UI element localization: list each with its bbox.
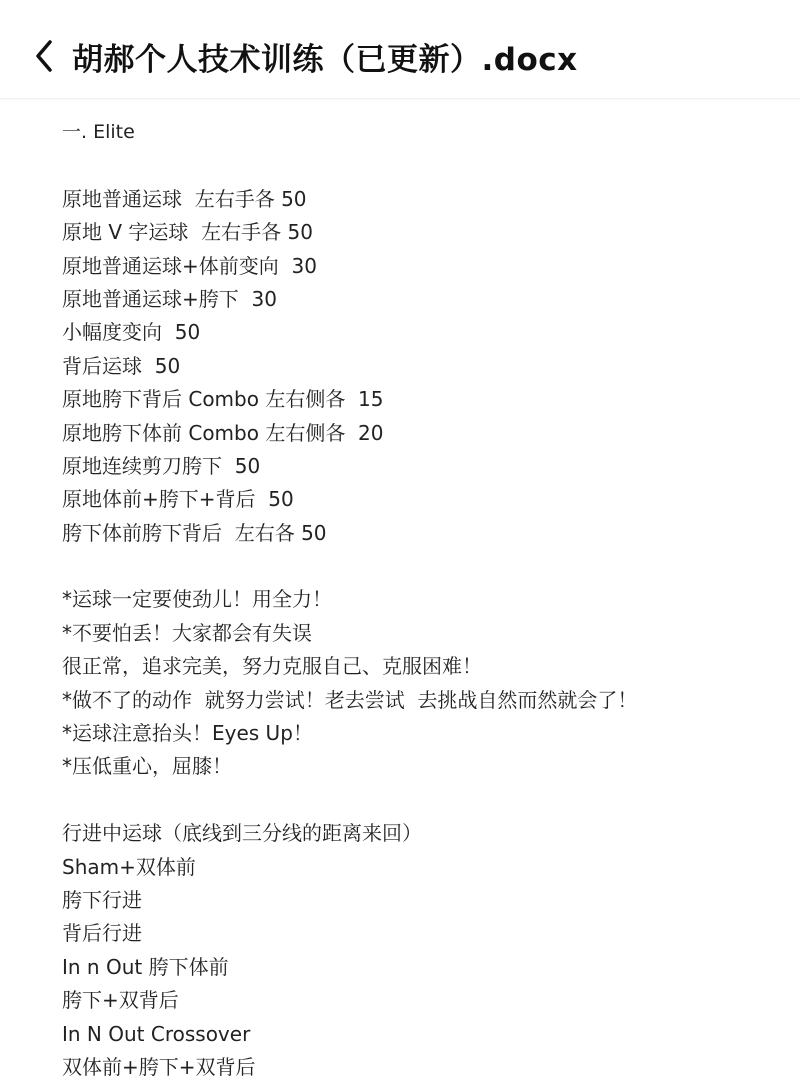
- document-title: 胡郝个人技术训练（已更新）.docx: [72, 34, 578, 79]
- drill-item: 原地体前+胯下+背后 50: [62, 483, 782, 516]
- blank-line: [62, 784, 782, 817]
- moving-drill-item: 背后行进: [62, 917, 782, 950]
- note-item: *运球注意抬头！Eyes Up！: [62, 717, 782, 750]
- moving-drill-item: In N Out Crossover: [62, 1018, 782, 1051]
- chevron-left-icon: [30, 38, 60, 74]
- blank-line: [62, 149, 782, 182]
- drill-item: 原地 V 字运球 左右手各 50: [62, 216, 782, 249]
- drill-item: 胯下体前胯下背后 左右各 50: [62, 517, 782, 550]
- note-item: *不要怕丢！大家都会有失误: [62, 617, 782, 650]
- drill-item: 原地普通运球+体前变向 30: [62, 250, 782, 283]
- note-item: 很正常，追求完美，努力克服自己、克服困难！: [62, 650, 782, 683]
- notes-list: *运球一定要使劲儿！用全力！ *不要怕丢！大家都会有失误 很正常，追求完美，努力…: [62, 583, 782, 783]
- drill-item: 背后运球 50: [62, 350, 782, 383]
- drill-item: 原地胯下体前 Combo 左右侧各 20: [62, 417, 782, 450]
- drill-item: 原地普通运球+胯下 30: [62, 283, 782, 316]
- moving-drill-item: 胯下行进: [62, 884, 782, 917]
- moving-drill-item: 胯下+双背后: [62, 984, 782, 1017]
- moving-section-heading: 行进中运球（底线到三分线的距离来回）: [62, 817, 782, 850]
- app-header: 胡郝个人技术训练（已更新）.docx: [0, 0, 800, 99]
- moving-drill-item: Sham+双体前: [62, 851, 782, 884]
- drill-item: 原地连续剪刀胯下 50: [62, 450, 782, 483]
- moving-drill-list: Sham+双体前 胯下行进 背后行进 In n Out 胯下体前 胯下+双背后 …: [62, 851, 782, 1085]
- document-body: 一. Elite 原地普通运球 左右手各 50 原地 V 字运球 左右手各 50…: [62, 116, 782, 1084]
- moving-drill-item: 双体前+胯下+双背后: [62, 1051, 782, 1084]
- note-item: *做不了的动作 就努力尝试！老去尝试 去挑战自然而然就会了！: [62, 684, 782, 717]
- section-heading: 一. Elite: [62, 116, 782, 149]
- back-button[interactable]: [30, 38, 60, 74]
- moving-drill-item: In n Out 胯下体前: [62, 951, 782, 984]
- drill-item: 原地普通运球 左右手各 50: [62, 183, 782, 216]
- drill-item: 原地胯下背后 Combo 左右侧各 15: [62, 383, 782, 416]
- note-item: *压低重心，屈膝！: [62, 750, 782, 783]
- note-item: *运球一定要使劲儿！用全力！: [62, 583, 782, 616]
- drill-list: 原地普通运球 左右手各 50 原地 V 字运球 左右手各 50 原地普通运球+体…: [62, 183, 782, 550]
- blank-line: [62, 550, 782, 583]
- drill-item: 小幅度变向 50: [62, 316, 782, 349]
